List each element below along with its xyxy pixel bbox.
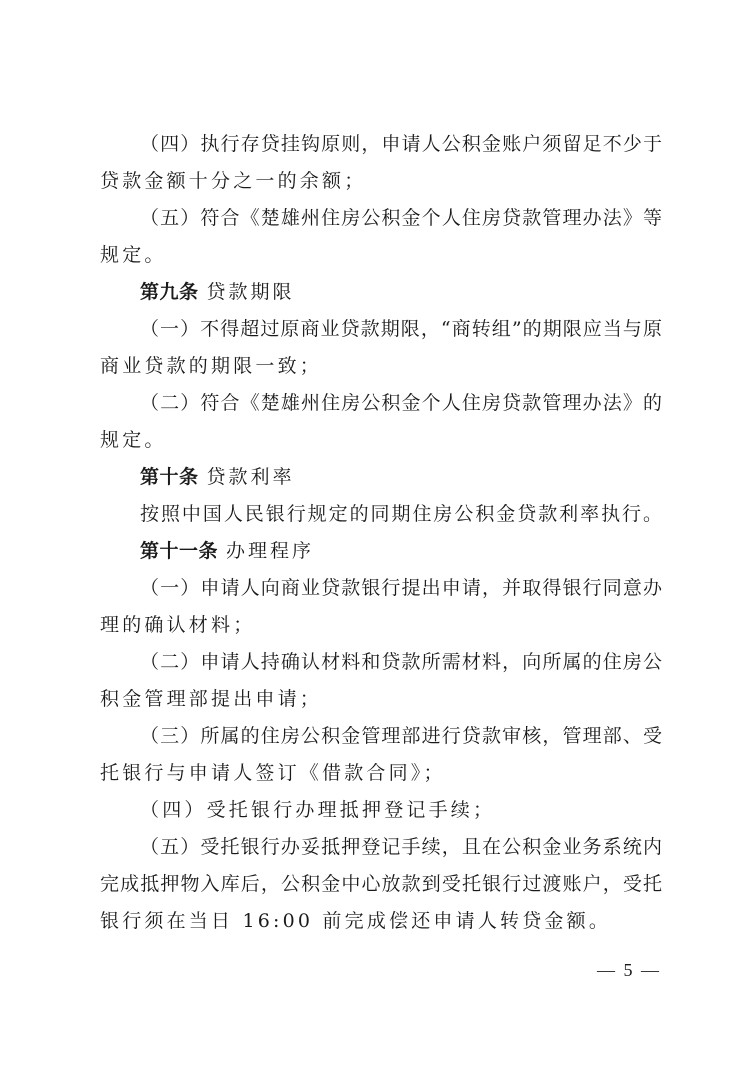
paragraph-line: 理的确认材料； (100, 607, 662, 644)
paragraph-line: 按照中国人民银行规定的同期住房公积金贷款利率执行。 (100, 496, 662, 533)
article-title: 办理程序 (226, 540, 314, 562)
article-title: 贷款期限 (207, 281, 295, 303)
paragraph-line: （四）执行存贷挂钩原则，申请人公积金账户须留足不少于 (100, 126, 662, 163)
article-9-heading: 第九条贷款期限 (100, 274, 662, 311)
paragraph-line: （一）不得超过原商业贷款期限，“商转组”的期限应当与原 (100, 311, 662, 348)
paragraph-line: （四）受托银行办理抵押登记手续； (100, 792, 662, 829)
paragraph-line: （二）申请人持确认材料和贷款所需材料，向所属的住房公 (100, 644, 662, 681)
document-page: （四）执行存贷挂钩原则，申请人公积金账户须留足不少于 贷款金额十分之一的余额； … (100, 126, 662, 940)
paragraph-line: 商业贷款的期限一致； (100, 348, 662, 385)
paragraph-line: （一）申请人向商业贷款银行提出申请，并取得银行同意办 (100, 570, 662, 607)
paragraph-line: 完成抵押物入库后，公积金中心放款到受托银行过渡账户，受托 (100, 866, 662, 903)
article-10-heading: 第十条贷款利率 (100, 459, 662, 496)
paragraph-line: 规定。 (100, 237, 662, 274)
article-label: 第九条 (140, 281, 199, 303)
paragraph-line: （三）所属的住房公积金管理部进行贷款审核，管理部、受 (100, 718, 662, 755)
paragraph-line: 规定。 (100, 422, 662, 459)
article-label: 第十一条 (140, 540, 218, 562)
article-11-heading: 第十一条办理程序 (100, 533, 662, 570)
paragraph-line: 贷款金额十分之一的余额； (100, 163, 662, 200)
paragraph-line: 积金管理部提出申请； (100, 681, 662, 718)
paragraph-line: 银行须在当日 16:00 前完成偿还申请人转贷金额。 (100, 903, 662, 940)
page-number: — 5 — (597, 960, 661, 981)
paragraph-line: 托银行与申请人签订《借款合同》； (100, 755, 662, 792)
paragraph-line: （五）受托银行办妥抵押登记手续，且在公积金业务系统内 (100, 829, 662, 866)
paragraph-line: （五）符合《楚雄州住房公积金个人住房贷款管理办法》等 (100, 200, 662, 237)
article-title: 贷款利率 (207, 466, 295, 488)
article-label: 第十条 (140, 466, 199, 488)
paragraph-line: （二）符合《楚雄州住房公积金个人住房贷款管理办法》的 (100, 385, 662, 422)
